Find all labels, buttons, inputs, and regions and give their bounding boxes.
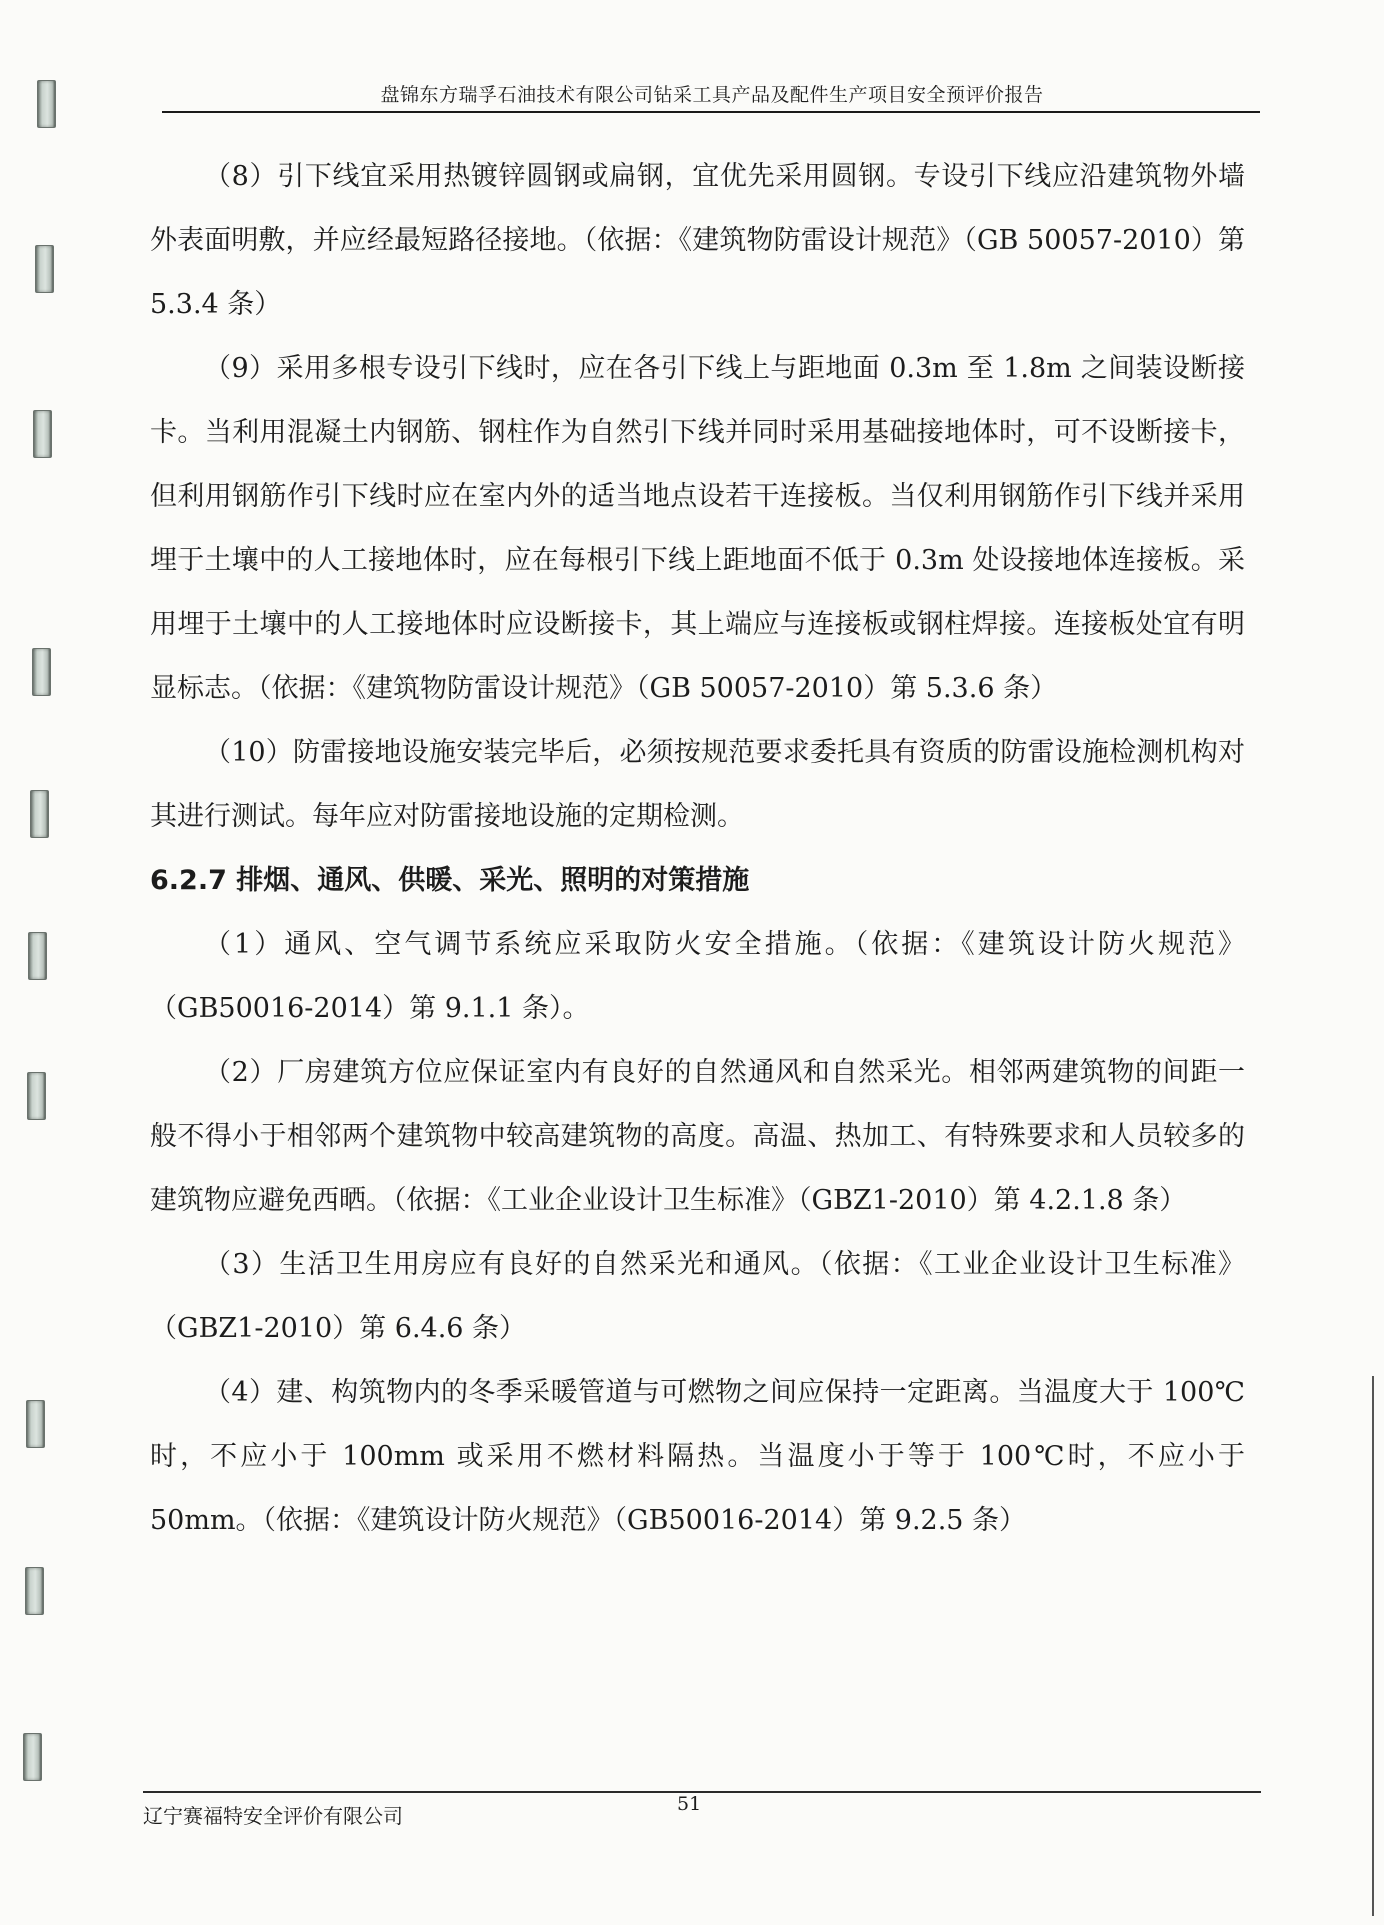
page-edge-line (1372, 1376, 1374, 1916)
binding-hole (35, 245, 54, 293)
binding-hole (37, 80, 56, 128)
section-paragraph-4: （4）建、构筑物内的冬季采暖管道与可燃物之间应保持一定距离。当温度大于 100℃… (150, 1361, 1245, 1553)
paragraph-item-8: （8）引下线宜采用热镀锌圆钢或扁钢，宜优先采用圆钢。专设引下线应沿建筑物外墙外表… (150, 145, 1245, 337)
header-divider (162, 111, 1260, 113)
page-number: 51 (677, 1793, 701, 1815)
binding-hole (26, 1400, 45, 1448)
binding-hole (25, 1567, 44, 1615)
section-paragraph-3: （3）生活卫生用房应有良好的自然采光和通风。（依据：《工业企业设计卫生标准》（G… (150, 1233, 1245, 1361)
paragraph-item-10: （10）防雷接地设施安装完毕后，必须按规范要求委托具有资质的防雷设施检测机构对其… (150, 721, 1245, 849)
binding-hole (27, 1072, 46, 1120)
binding-hole (28, 932, 47, 980)
binding-hole (30, 790, 49, 838)
footer-company-name: 辽宁赛福特安全评价有限公司 (143, 1800, 403, 1829)
binding-hole (33, 410, 52, 458)
paragraph-item-9: （9）采用多根专设引下线时，应在各引下线上与距地面 0.3m 至 1.8m 之间… (150, 337, 1245, 721)
footer-divider (143, 1791, 1261, 1793)
binding-hole (23, 1733, 42, 1781)
section-paragraph-2: （2）厂房建筑方位应保证室内有良好的自然通风和自然采光。相邻两建筑物的间距一般不… (150, 1041, 1245, 1233)
section-heading: 6.2.7 排烟、通风、供暖、采光、照明的对策措施 (150, 849, 1245, 913)
section-paragraph-1: （1）通风、空气调节系统应采取防火安全措施。（依据：《建筑设计防火规范》（GB5… (150, 913, 1245, 1041)
binding-hole (32, 648, 51, 696)
page-header-title: 盘锦东方瑞孚石油技术有限公司钻采工具产品及配件生产项目安全预评价报告 (162, 80, 1262, 107)
document-body: （8）引下线宜采用热镀锌圆钢或扁钢，宜优先采用圆钢。专设引下线应沿建筑物外墙外表… (150, 145, 1245, 1553)
